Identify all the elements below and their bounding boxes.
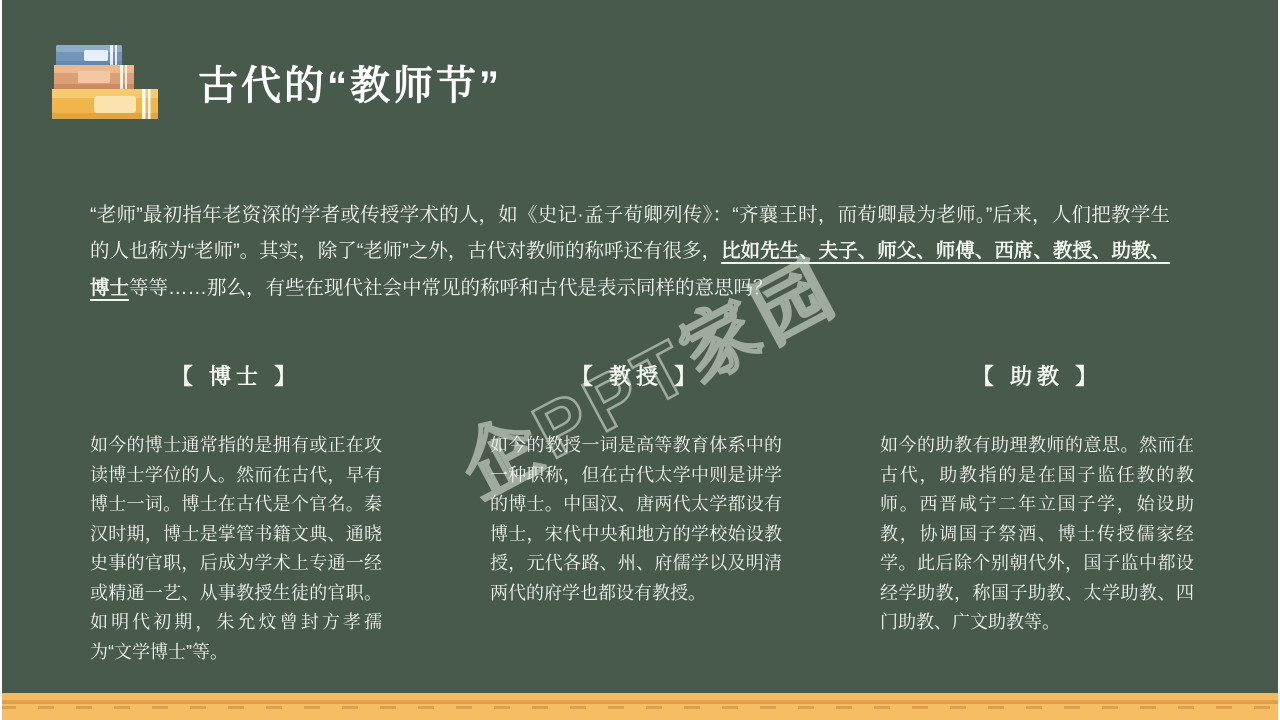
books-stack-icon — [52, 44, 164, 120]
section-boshi-body: 如今的博士通常指的是拥有或正在攻读博士学位的人。然而在古代，早有博士一词。博士在… — [90, 431, 382, 667]
title-row: 古代的“教师节” — [52, 44, 502, 120]
section-zhujiao: 【 助教 】 如今的助教有助理教师的意思。然而在古代，助教指的是在国子监任教的教… — [880, 360, 1194, 638]
slide: 古代的“教师节” “老师”最初指年老资深的学者或传授学术的人，如《史记·孟子荀卿… — [0, 0, 1280, 720]
section-zhujiao-body: 如今的助教有助理教师的意思。然而在古代，助教指的是在国子监任教的教师。西晋咸宁二… — [880, 431, 1194, 638]
intro-paragraph: “老师”最初指年老资深的学者或传授学术的人，如《史记·孟子荀卿列传》：“齐襄王时… — [90, 197, 1170, 306]
section-jiaoshou: 【 教授 】 如今的教授一词是高等教育体系中的一种职称，但在古代太学中则是讲学的… — [490, 360, 782, 608]
section-boshi: 【 博士 】 如今的博士通常指的是拥有或正在攻读博士学位的人。然而在古代，早有博… — [90, 360, 382, 667]
page-title: 古代的“教师节” — [198, 54, 502, 111]
bottom-accent-bar — [0, 693, 1280, 720]
intro-text-tail: 等等……那么，有些在现代社会中常见的称呼和古代是表示同样的意思吗？ — [129, 277, 773, 299]
section-jiaoshou-body: 如今的教授一词是高等教育体系中的一种职称，但在古代太学中则是讲学的博士。中国汉、… — [490, 431, 782, 608]
section-zhujiao-title: 【 助教 】 — [880, 360, 1194, 391]
section-boshi-title: 【 博士 】 — [90, 360, 382, 391]
section-jiaoshou-title: 【 教授 】 — [490, 360, 782, 391]
